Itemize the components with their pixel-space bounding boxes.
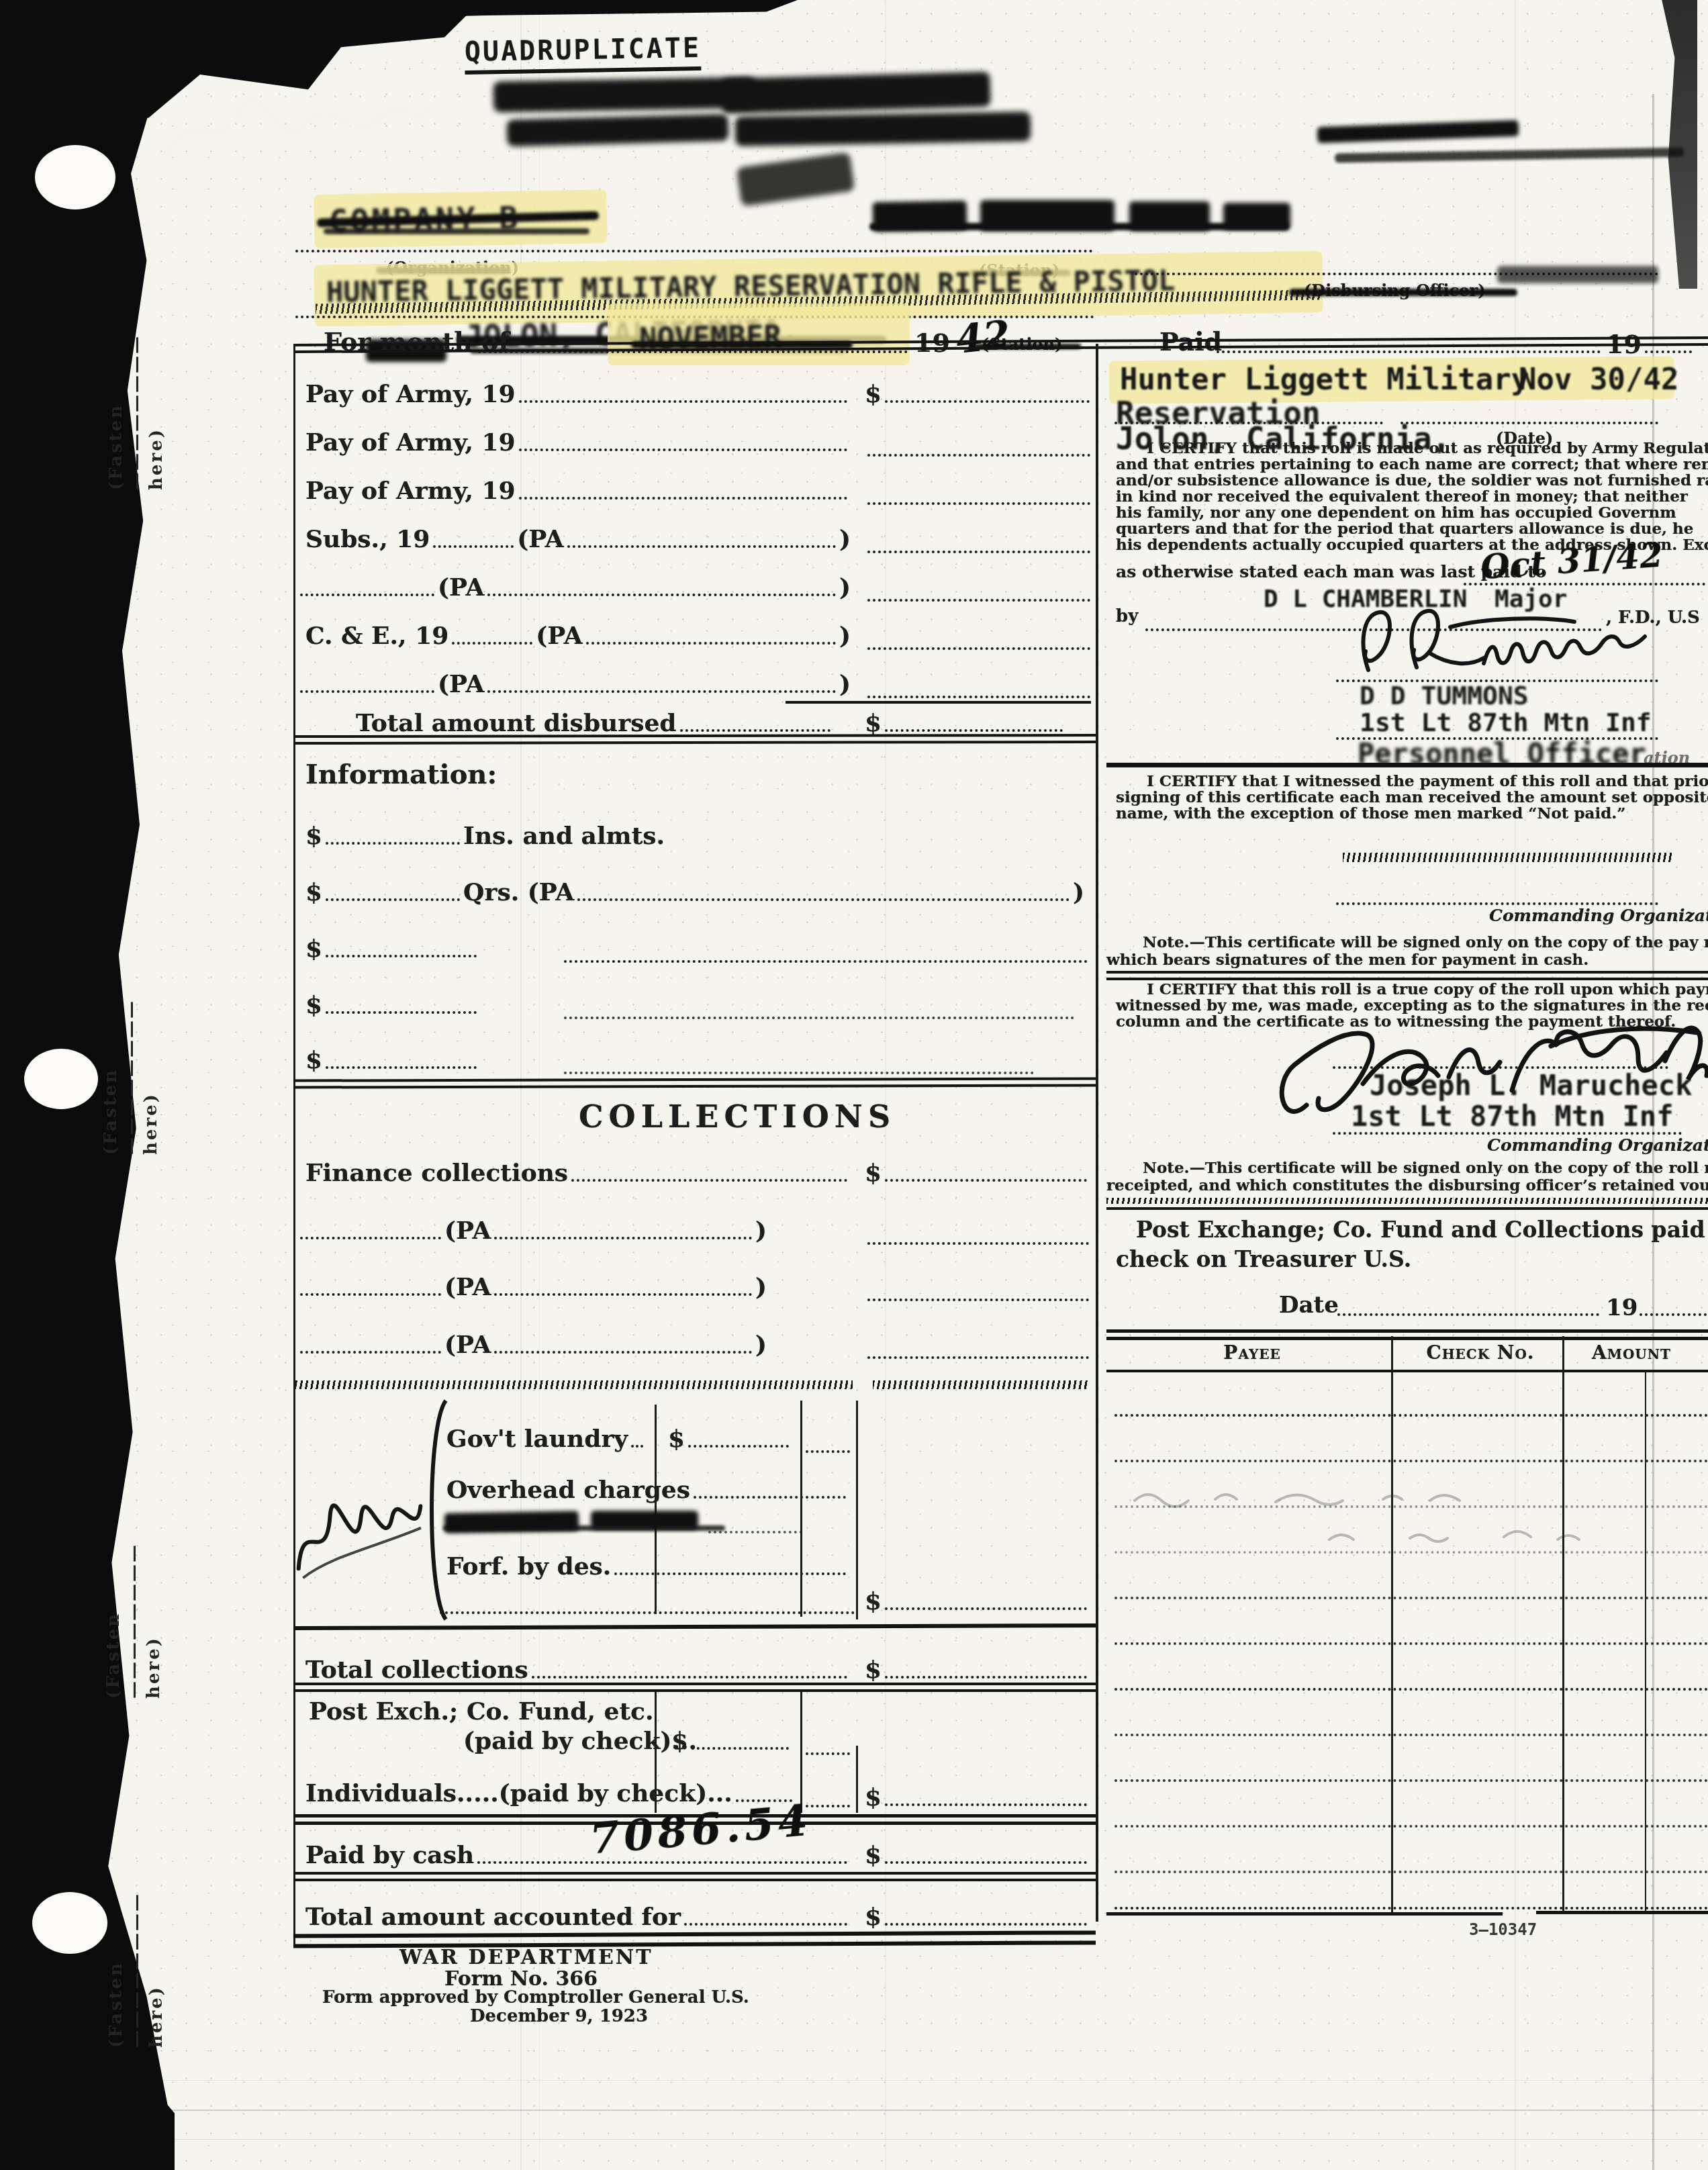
- pa-close: ): [1073, 878, 1084, 906]
- certificate-2: I CERTIFY that I witnessed the payment o…: [1116, 773, 1708, 822]
- dollar-sign: $: [668, 1425, 685, 1453]
- amount-cell: $: [865, 1587, 1090, 1615]
- dotted-leader: [571, 1179, 847, 1182]
- footer-approved-date: December 9, 1923: [470, 2006, 648, 2026]
- cert-line: and/or subsistence allowance is due, the…: [1116, 473, 1708, 489]
- dotted-leader: [586, 642, 836, 645]
- header-underline: [1106, 1370, 1708, 1372]
- commanding-org-label: Commanding Organization.: [1487, 1137, 1708, 1153]
- dotted-leader: [885, 1861, 1087, 1864]
- px-date-label: Date: [1279, 1292, 1339, 1319]
- pa-row: (PA ): [297, 1331, 767, 1359]
- dotted-leader: [532, 1676, 847, 1679]
- pa-row: (PA ): [297, 670, 851, 698]
- info-row: $: [305, 935, 480, 963]
- dotted-leader: [867, 599, 1090, 602]
- row-label: Pay of Army, 19: [305, 380, 516, 408]
- scan-right-edge-blob: [1657, 0, 1697, 289]
- info-row-qrs: $ Qrs. (PA ): [305, 878, 1084, 906]
- pa-close: ): [839, 573, 851, 602]
- dotted-leader: [867, 696, 1090, 698]
- dotted-leader: [867, 1299, 1089, 1301]
- struck-title-smudge: [493, 77, 756, 113]
- note-line: which bears signatures of the men for pa…: [1106, 952, 1588, 968]
- table-row-line: [1114, 1779, 1708, 1782]
- sum-line: [786, 701, 1091, 704]
- dotted-leader: [494, 1237, 752, 1239]
- row-label: Ins. and almts.: [463, 822, 665, 850]
- dotted-leader: [326, 1011, 477, 1014]
- total-collections-row: Total collections: [305, 1656, 851, 1684]
- dotted-leader: [300, 1293, 441, 1296]
- scan-bottom-line: [0, 2139, 1708, 2140]
- dotted-leader: [1217, 350, 1601, 353]
- dotted-leader: [867, 647, 1090, 650]
- dotted-leader: [300, 1351, 441, 1354]
- row-label: Qrs. (PA: [463, 878, 574, 906]
- handwritten-year: 42: [954, 312, 1012, 363]
- faint-table-scribble: [1128, 1480, 1678, 1554]
- copy-label: QUADRUPLICATE: [465, 33, 702, 75]
- cert-line: signing of this certificate each man rec…: [1116, 790, 1708, 806]
- dotted-leader: [564, 1017, 1074, 1019]
- dotted-leader: [326, 842, 460, 845]
- dotted-leader: [300, 1237, 441, 1239]
- typed-witness-rank: 1st Lt 87th Mtn Inf: [1360, 708, 1652, 737]
- pa-row: (PA ): [297, 573, 851, 602]
- row-label: C. & E., 19: [305, 622, 448, 650]
- pa-close: ): [755, 1217, 767, 1245]
- dollar-sign: $: [305, 1046, 322, 1074]
- dollar-sign: $: [865, 1587, 882, 1615]
- dotted-leader: [487, 690, 836, 693]
- dotted-leader: [885, 400, 1090, 403]
- amount-cell: $: [865, 1783, 1090, 1811]
- dotted-leader: [885, 1179, 1087, 1182]
- cert-line: his family, nor any one dependent on him…: [1116, 505, 1708, 521]
- subbox-divider: [655, 1405, 657, 1614]
- row-label: Overhead charges: [446, 1476, 690, 1504]
- note-line: receipted, and which constitutes the dis…: [1106, 1178, 1708, 1194]
- px-date-year: 19: [1606, 1294, 1638, 1321]
- dotted-leader: [885, 1803, 1087, 1806]
- dotted-leader: [494, 1351, 752, 1354]
- dotted-leader: [577, 898, 1070, 901]
- punch-hole: [32, 1892, 107, 1954]
- subbox-divider: [856, 1746, 858, 1813]
- corner-handwriting-squiggle: [154, 81, 436, 181]
- information-title: Information:: [305, 759, 497, 790]
- cert-line: I CERTIFY that this roll is a true copy …: [1116, 982, 1708, 998]
- section-rule: [293, 1683, 1096, 1692]
- amount-cell: $: [865, 380, 1093, 408]
- dotted-leader: [300, 594, 434, 596]
- heavy-rule: [1106, 763, 1708, 767]
- dotted-leader: [806, 1752, 850, 1755]
- section-rule: [293, 734, 1096, 745]
- pay-row: Pay of Army, 19: [305, 380, 851, 408]
- laundry-amount: $: [668, 1425, 792, 1453]
- amount-cell: $: [865, 709, 1066, 737]
- dotted-leader: [885, 1676, 1087, 1679]
- typed-commander-rank: 1st Lt 87th Mtn Inf: [1351, 1100, 1673, 1133]
- footer-dept: WAR DEPARTMENT: [399, 1946, 653, 1969]
- dotted-leader: [494, 1293, 752, 1296]
- footer-approved: Form approved by Comptroller General U.S…: [322, 1987, 749, 2008]
- table-row-line: [1114, 1460, 1708, 1462]
- section-rule: [293, 1077, 1096, 1088]
- dollar-sign: $: [865, 380, 882, 408]
- dotted-leader: [684, 1923, 847, 1926]
- dotted-leader: [867, 551, 1090, 553]
- dotted-leader: [692, 1747, 789, 1750]
- struck-of-smudge: [737, 152, 855, 206]
- dotted-leader: [1336, 902, 1658, 905]
- dotted-leader: [1645, 350, 1692, 353]
- pa-close: ): [839, 670, 851, 698]
- amount-cell: $: [865, 1656, 1090, 1684]
- dollar-sign: $: [305, 878, 322, 906]
- pa-open: (PA: [444, 1331, 491, 1359]
- dollar-sign: $: [865, 1903, 882, 1931]
- note-line: Note.—This certificate will be signed on…: [1116, 1160, 1708, 1176]
- strike-bar: [324, 228, 589, 234]
- dotted-leader: [694, 1496, 846, 1499]
- struck-title-smudge: [721, 72, 990, 113]
- post-exch-label2: (paid by check)...: [463, 1727, 697, 1755]
- cert-line: I CERTIFY that I witnessed the payment o…: [1116, 773, 1708, 790]
- dotted-leader: [477, 1861, 847, 1864]
- row-label: Total collections: [305, 1656, 528, 1684]
- total-accounted-row: Total amount accounted for: [305, 1903, 851, 1931]
- fasten-here-label: (Fasten ———————— here): [106, 289, 167, 490]
- row-label: Finance collections: [305, 1159, 568, 1187]
- dollar-sign: $: [865, 709, 882, 737]
- finance-row: Finance collections: [305, 1159, 851, 1187]
- ce-row: C. & E., 19 (PA ): [305, 622, 851, 650]
- row-label: Pay of Army, 19: [305, 477, 516, 505]
- table-row-line: [1114, 1825, 1708, 1828]
- dotted-leader: [1337, 1313, 1599, 1316]
- struck-stamp-blob: [1497, 266, 1658, 283]
- dotted-leader: [867, 454, 1090, 457]
- subbox-divider: [800, 1691, 802, 1813]
- form-left-border: [293, 344, 295, 1947]
- strike-bar: [443, 1525, 725, 1531]
- fasten-here-label: (Fasten ———————— here): [101, 953, 161, 1155]
- section-rule: [293, 1872, 1096, 1881]
- dollar-sign: $: [865, 1159, 882, 1187]
- pa-row: (PA ): [297, 1273, 767, 1301]
- cert-line: name, with the exception of those men ma…: [1116, 806, 1708, 822]
- pa-close: ): [839, 622, 851, 650]
- dotted-leader: [806, 1450, 850, 1453]
- pa-open: (PA: [444, 1217, 491, 1245]
- dotted-leader: [487, 594, 836, 596]
- dollar-sign: $: [671, 1727, 688, 1755]
- struck-title-smudge: [507, 114, 729, 147]
- scan-bottom-line: [0, 2110, 1708, 2111]
- px-heading-line2: check on Treasurer U.S.: [1116, 1246, 1411, 1272]
- table-row-line: [1114, 1597, 1708, 1599]
- subbox-divider: [856, 1401, 858, 1619]
- pa-open: (PA: [438, 670, 484, 698]
- row-label: Individuals.....(paid by check)...: [305, 1779, 732, 1807]
- laundry-row: Gov't laundry: [446, 1425, 647, 1453]
- pa-open: (PA: [517, 525, 563, 553]
- row-label: Pay of Army, 19: [305, 428, 516, 457]
- dollar-sign: $: [305, 822, 322, 850]
- handwritten-scribble: [278, 1465, 437, 1586]
- dotted-leader: [326, 898, 460, 901]
- cert-line: in kind nor received the equivalent ther…: [1116, 489, 1708, 505]
- row-label: Subs., 19: [305, 525, 430, 553]
- dotted-leader: [519, 497, 847, 500]
- dotted-leader: [567, 545, 836, 548]
- row-label: Total amount accounted for: [305, 1903, 681, 1931]
- col-header-payee: Payee: [1202, 1341, 1302, 1364]
- dotted-leader: [326, 1066, 477, 1069]
- dotted-rule: [295, 250, 1093, 252]
- dotted-leader: [564, 1072, 1034, 1074]
- col-header-check-no: Check No.: [1417, 1341, 1544, 1364]
- cert-line: I CERTIFY that this roll is made out as …: [1116, 440, 1708, 457]
- row-label: Total amount disbursed: [356, 709, 677, 737]
- dotted-leader: [867, 502, 1090, 505]
- dollar-sign: $: [305, 935, 322, 963]
- struck-signature-line: [1343, 853, 1672, 862]
- table-bottom-rule: [1106, 1912, 1503, 1916]
- dotted-leader: [688, 1445, 789, 1448]
- scan-bottom-line: [0, 2080, 1708, 2081]
- dotted-leader: [680, 729, 831, 732]
- overhead-row: Overhead charges: [446, 1476, 849, 1504]
- dotted-leader: [867, 1242, 1089, 1245]
- dotted-leader: [806, 1805, 850, 1807]
- typed-commander-name: Joseph L. Marucheck: [1370, 1069, 1692, 1102]
- heavy-rule: [293, 1623, 1096, 1630]
- table-row-line: [1114, 1688, 1708, 1691]
- info-row: $: [305, 1046, 480, 1074]
- hatched-row: [295, 1380, 853, 1389]
- dollar-sign: $: [865, 1841, 882, 1869]
- dotted-leader: [433, 545, 514, 548]
- certificate-1: I CERTIFY that this roll is made out as …: [1116, 440, 1708, 553]
- table-bottom-rule: [1536, 1911, 1708, 1914]
- fasten-here-label: (Fasten ———————— here): [103, 1497, 164, 1699]
- col-header-amount: Amount: [1578, 1341, 1685, 1364]
- row-label: Forf. by des.: [446, 1552, 611, 1581]
- dollar-sign: $: [865, 1656, 882, 1684]
- amount-cell: $: [865, 1159, 1090, 1187]
- dollar-sign: $: [305, 991, 322, 1019]
- stamp-date: Nov 30/42: [1519, 363, 1678, 397]
- signature-tummons: [1349, 603, 1652, 687]
- dotted-leader: [452, 642, 532, 645]
- pay-row: Pay of Army, 19: [305, 477, 851, 505]
- collections-title: COLLECTIONS: [579, 1098, 896, 1135]
- pa-open: (PA: [438, 573, 484, 602]
- dotted-leader: [885, 1607, 1087, 1610]
- struck-mark: [1335, 147, 1684, 162]
- hatched-rule: [1106, 1198, 1708, 1204]
- pa-close: ): [755, 1273, 767, 1301]
- total-disbursed-row: Total amount disbursed: [356, 709, 834, 737]
- note-line: Note.—This certificate will be signed on…: [1116, 935, 1708, 951]
- post-exch-amount: $: [671, 1727, 792, 1755]
- dotted-leader: [885, 1923, 1087, 1926]
- pa-row: (PA ): [297, 1217, 767, 1245]
- dotted-leader: [326, 955, 477, 957]
- strike-bar: [1289, 289, 1517, 296]
- dotted-leader: [614, 1572, 846, 1575]
- subbox-divider: [800, 1401, 802, 1617]
- strike-bar: [869, 223, 1289, 230]
- stamp-place-line1: Hunter Liggett Military: [1120, 363, 1529, 397]
- payroll-form-scan: (Fasten ———————— here) (Fasten ———————— …: [0, 0, 1708, 2170]
- table-row-line: [1114, 1642, 1708, 1645]
- info-row-ins: $ Ins. and almts.: [305, 822, 681, 850]
- subs-row: Subs., 19 (PA ): [305, 525, 851, 553]
- section-rule: [1106, 971, 1708, 980]
- fasten-here-label: (Fasten ———————— here): [106, 1853, 167, 2048]
- dotted-leader: [631, 1445, 643, 1448]
- px-heading-line1: Post Exchange; Co. Fund and Collections …: [1136, 1217, 1708, 1243]
- dotted-leader: [1333, 1132, 1682, 1135]
- pa-close: ): [839, 525, 851, 553]
- cert-line: quarters and that for the period that qu…: [1116, 521, 1708, 537]
- print-code: 3—10347: [1469, 1920, 1537, 1939]
- cert-line: and that entries pertaining to each name…: [1116, 457, 1708, 473]
- dotted-leader: [867, 1356, 1089, 1359]
- pa-close: ): [755, 1331, 767, 1359]
- forf-row: Forf. by des.: [446, 1552, 849, 1581]
- typed-witness-name: D D TUMMONS: [1360, 681, 1529, 710]
- struck-mark: [1317, 120, 1519, 143]
- heavy-rule: [1106, 1207, 1708, 1210]
- struck-title-smudge: [735, 111, 1031, 146]
- hatched-row: [873, 1380, 1089, 1389]
- dotted-leader: [564, 960, 1088, 963]
- dotted-leader: [885, 729, 1063, 732]
- dotted-leader: [300, 690, 434, 693]
- info-row: $: [305, 991, 480, 1019]
- table-row-line: [1114, 1734, 1708, 1736]
- row-label: Paid by cash: [305, 1841, 474, 1869]
- section-rule: [1106, 1329, 1708, 1340]
- dotted-leader: [440, 1611, 855, 1614]
- pa-open: (PA: [444, 1273, 491, 1301]
- commanding-org-label: Commanding Organization: [1489, 908, 1708, 924]
- pay-row: Pay of Army, 19: [305, 428, 851, 457]
- amount-cell: $: [865, 1903, 1090, 1931]
- dotted-leader: [708, 1531, 802, 1534]
- dotted-leader: [519, 400, 847, 403]
- dotted-leader: [519, 449, 847, 451]
- post-exch-label: Post Exch.; Co. Fund, etc.: [309, 1697, 654, 1726]
- amount-cell: $: [865, 1841, 1090, 1869]
- dollar-sign: $: [865, 1783, 882, 1811]
- table-row-line: [1114, 1871, 1708, 1873]
- column-divider: [1096, 344, 1098, 1922]
- row-label: Gov't laundry: [446, 1425, 628, 1453]
- by-label: by: [1116, 608, 1138, 624]
- pa-open: (PA: [536, 622, 582, 650]
- punch-hole: [35, 145, 115, 209]
- table-row-line: [1114, 1414, 1708, 1417]
- table-bottom-dotted: [1114, 1907, 1708, 1909]
- punch-hole: [24, 1049, 98, 1109]
- dotted-leader: [1640, 1313, 1707, 1316]
